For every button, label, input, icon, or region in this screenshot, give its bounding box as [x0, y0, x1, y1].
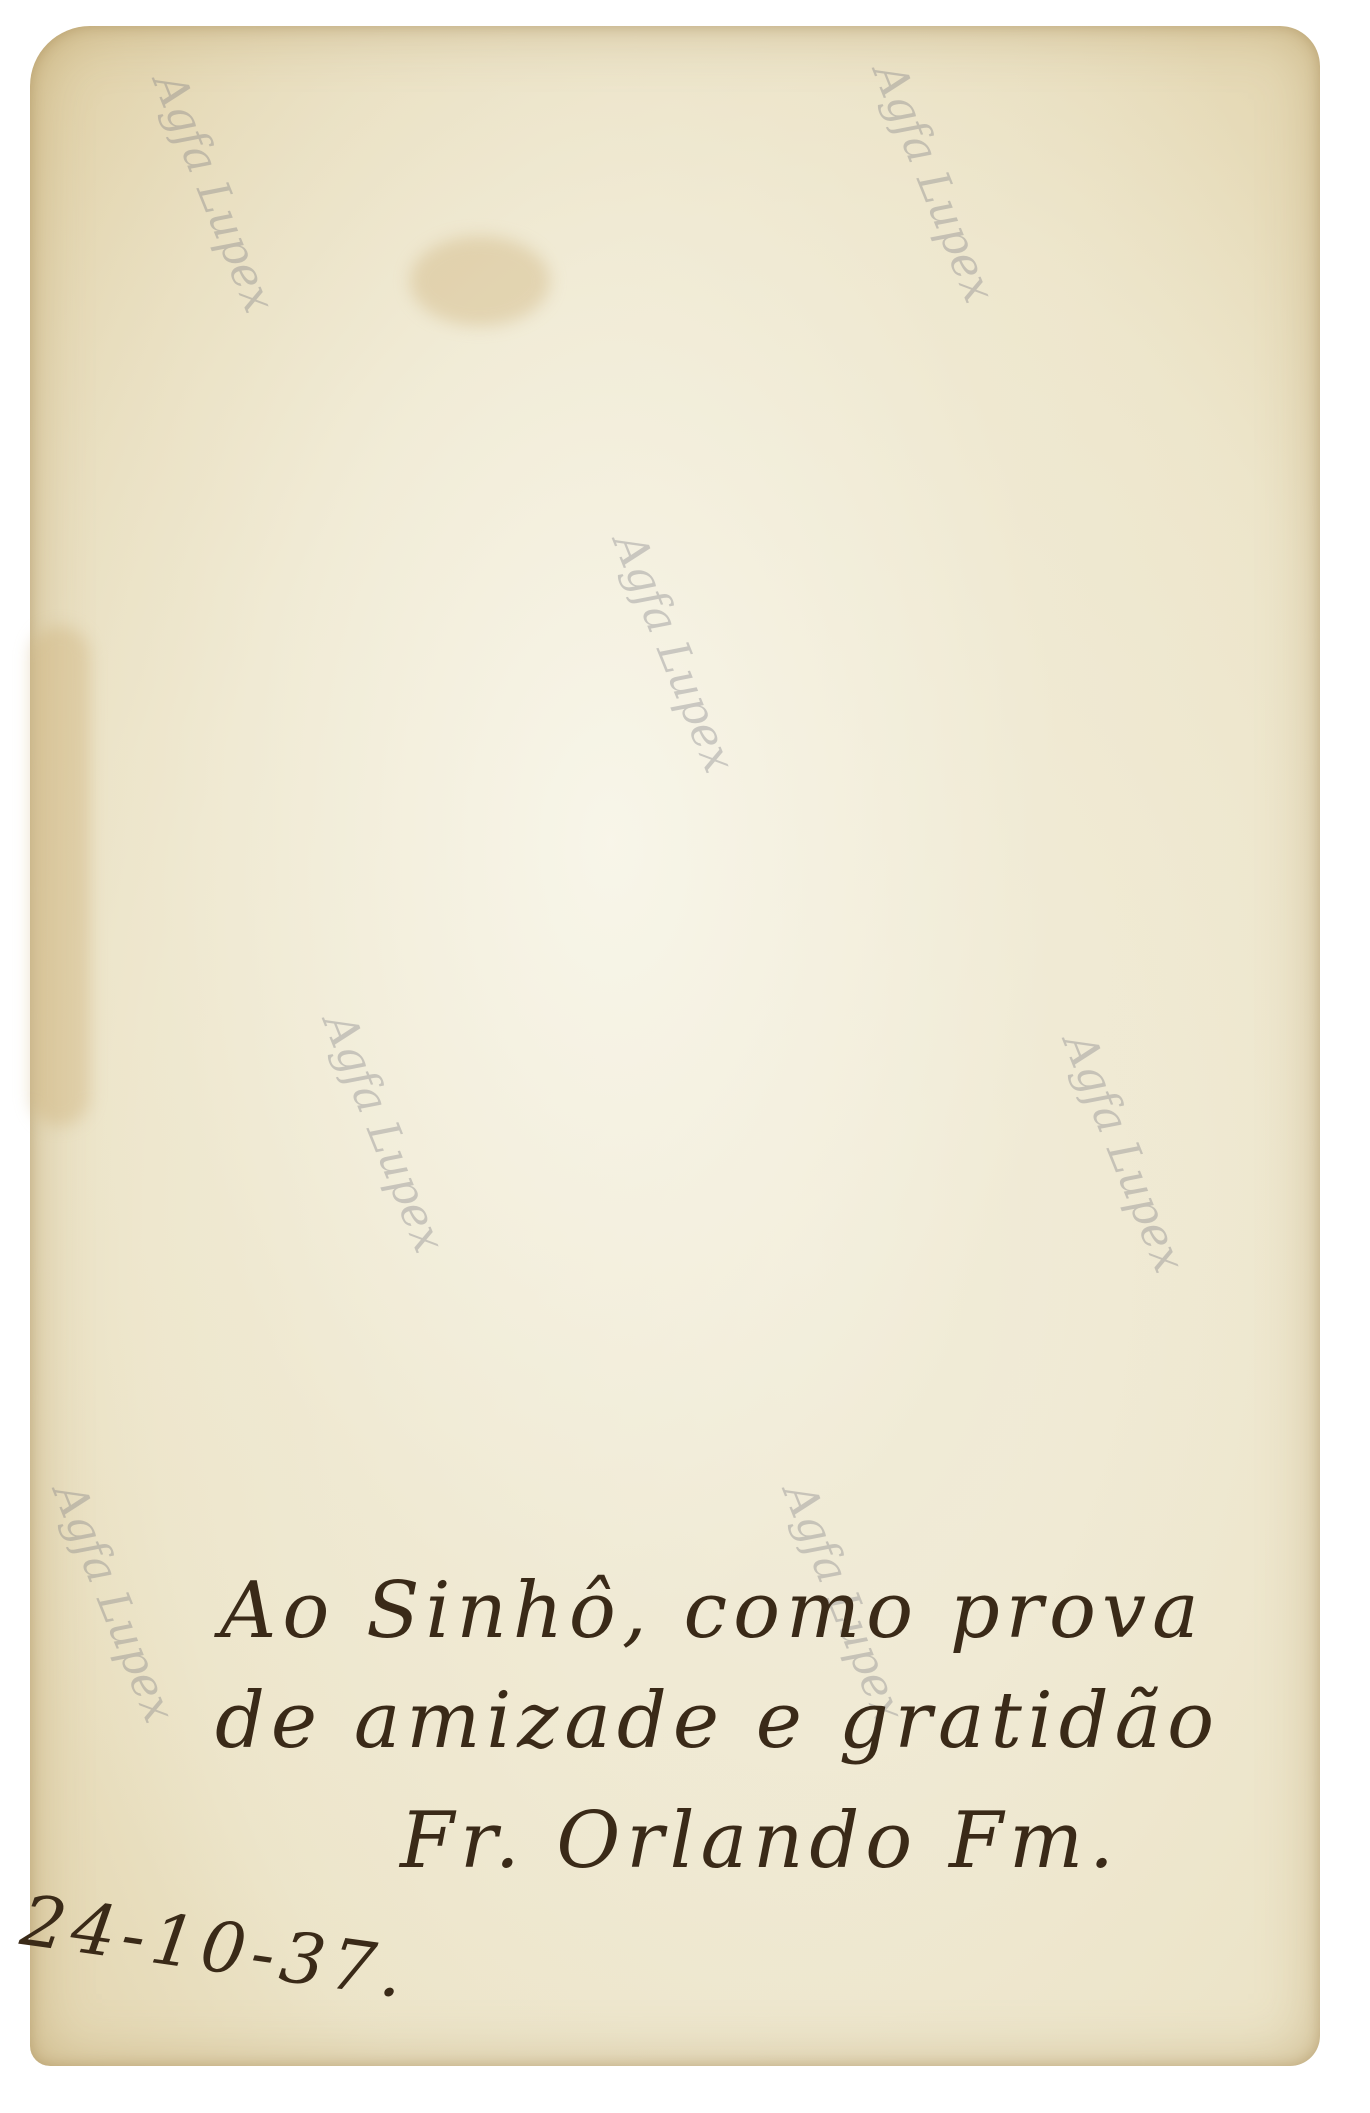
date: 24-10-37.: [16, 1879, 414, 2015]
inscription-line-2: de amizade e gratidão: [215, 1676, 1220, 1766]
watermark-stamp: Agfa Lupex: [863, 56, 1005, 310]
watermark-stamp: Agfa Lupex: [143, 66, 285, 320]
watermark-stamp: Agfa Lupex: [603, 526, 745, 780]
signature: Fr. Orlando Fm.: [400, 1796, 1120, 1886]
inscription-line-1: Ao Sinhô, como prova: [220, 1566, 1205, 1656]
watermark-stamp: Agfa Lupex: [1053, 1026, 1195, 1280]
photo-card-back: Agfa Lupex Agfa Lupex Agfa Lupex Agfa Lu…: [30, 26, 1320, 2066]
stain: [410, 236, 550, 326]
stain: [30, 626, 90, 1126]
watermark-stamp: Agfa Lupex: [313, 1006, 455, 1260]
watermark-stamp: Agfa Lupex: [43, 1476, 185, 1730]
